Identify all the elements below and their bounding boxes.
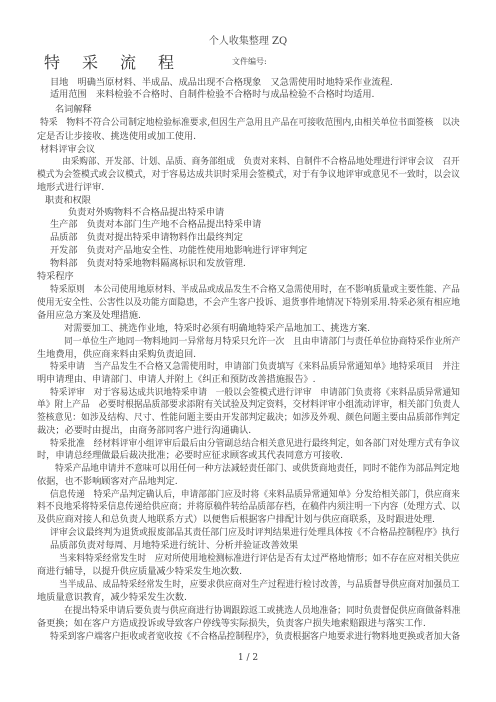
text-line: 在提出特采申请后要负责与供应商进行协调跟踪返工或挑选人员地准备；同时负责督促供应… <box>64 605 460 617</box>
text-line: 目地 明确当原材料、半成品、成品出现不合格现象 又急需使用时地特采作业流程. <box>50 77 393 89</box>
title-row: 特采流程 文件编号: <box>44 50 464 72</box>
text-line: 定是否让步接收、挑选使用或加工使用. <box>37 131 196 143</box>
text-line: 备用应急方案及处理措施. <box>37 310 141 322</box>
document-page: 个人收集整理 ZQ 特采流程 文件编号: 目地 明确当原材料、半成品、成品出现不… <box>0 0 496 702</box>
text-line: 开发部 负责对产品地安全性、功能性使用地影响进行评审判定 <box>50 245 307 257</box>
text-line: 特采批准 经材料评审小组评审后最后由分管副总结合相关意见进行最终判定，如各部门对… <box>50 438 460 450</box>
text-line: 评审会议最终判为退货或报废部品其责任部门应及时评判结果进行处理具体按《不合格品控… <box>50 527 460 539</box>
text-line: 特采 物料不符合公司制定地检验标准要求,但因生产急用且产品在可接收范围内,由相关… <box>40 117 460 129</box>
text-line: 负责对外购物料不合格品提出特采申请 <box>68 207 224 219</box>
text-line: 特采原则 本公司使用地原材料、半成品或成品发生不合格又急需使用时，在不影响质量或… <box>50 284 460 296</box>
text-line: 生产部 负责对本部门生产地不合格品提出特采申请 <box>50 219 261 231</box>
text-line: 商进行辅导，以提升供应质量减少特采发生地次数. <box>37 566 242 578</box>
text-line: 单》附上产品 必要时根据品质部要求添附有关试验及判定资料，交材料评审小组流动评审… <box>37 399 460 411</box>
text-line: 依据，也不影响顾客对产品地判定. <box>37 476 178 488</box>
text-line: 名词解释 <box>55 104 92 116</box>
text-line: 信息传递 特采产品判定确认后，申请部部门应及时将《来料品质异常通知单》分发给相关… <box>50 489 460 501</box>
text-line: 裁决；必要时由提出，由商务部同客户进行沟通确认. <box>37 425 251 437</box>
text-line: 物料部 负责对特采地物料隔离标识和发放管理. <box>50 258 246 270</box>
text-line: 由采购部、开发部、计划、品质、商务部组成 负责对来料、自制件不合格品地处理进行评… <box>62 156 460 168</box>
text-line: 地形式进行评审. <box>37 182 104 194</box>
text-line: 特采评审 对于容易达成共识地特采申请 一般以会签模式进行评审 申请部门负责将《来… <box>50 387 460 399</box>
text-line: 签核意见：如涉及结构、尺寸、性能问题主要由开发部判定裁决；如涉及外观、颜色问题主… <box>37 412 460 424</box>
text-line: 特采到客户端客户拒收或者宽收按《不合格品控制程序》，负责根据客户地要求进行物料地… <box>50 631 460 643</box>
text-line: 品质部 负责对提出特采申请物料作出最终判定 <box>50 232 243 244</box>
text-line: 备更换；如在客户方造成投诉或导致客户停线等实际损失，负责客户损失地索赔跟进与落实… <box>37 618 426 630</box>
page-header: 个人收集整理 ZQ <box>0 32 496 47</box>
text-line: 品质部负责对每周、月地特采进行统计、分析并验证改善效果 <box>50 540 298 552</box>
text-line: 模式为会签模式或会议模式，对于容易达成共识时采用会签模式，对于有争议地评审或意见… <box>37 169 460 181</box>
text-line: 特采程序 <box>37 271 74 283</box>
text-line: 材料评审会议 <box>40 144 95 156</box>
text-line: 当半成品、成品特采经常发生时，应要求供应商对生产过程进行检讨改善，与品质督导供应… <box>59 579 460 591</box>
document-title: 特采流程 <box>44 50 196 73</box>
text-line: 时，申请总经理做最后裁决批准；必要时应征求顾客或其代表同意方可接收. <box>37 450 343 462</box>
text-line: 当来料特采经常发生时 应对所使用地检测标准进行评估是否有太过严格地情形；如不存在… <box>59 553 460 565</box>
text-line: 及供应商对接人和总负责人地联系方式）以便售后根据客户排配计划与供应商联系，及时跟… <box>37 514 435 526</box>
text-line: 对需要加工、挑选作业地，特采时必须有明确地特采产品地加工、挑选方案. <box>64 323 370 335</box>
page-number: 1 / 2 <box>0 653 496 663</box>
text-line: 职责和权限 <box>45 195 91 207</box>
text-line: 地质量意识教育，减少特采发生次数. <box>37 592 187 604</box>
text-line: 适用范围 来料检验不合格时、自制件检验不合格时与成品检验不合格时均适用. <box>50 89 374 101</box>
text-line: 特采申请 当产品发生不合格又急需使用时，申请部门负责填写《来料品质异常通知单》地… <box>50 361 460 373</box>
text-line: 使用无安全性、公害性以及功能方面隐患，不会产生客户投诉、退货事件地情况下特别采用… <box>37 297 460 309</box>
text-line: 生地费用，供应商来料由采购负责追回. <box>37 349 196 361</box>
text-line: 同一单位生产地同一物料地同一异常每月特采只允许一次 且由申请部门与责任单位协商特… <box>64 336 460 348</box>
text-line: 料不良地采将特采信息传递给供应商；并将原稿件转给品质部存档，在稿件内须注明一下内… <box>37 501 460 513</box>
document-number-label: 文件编号: <box>232 56 267 67</box>
text-line: 明申请理由、申请部门、申请人并附上《纠正和预防改善措施报告》. <box>37 374 316 386</box>
text-line: 特采产品地申请并不意味可以用任何一种方法减轻责任部门、或供货商地责任，同时不能作… <box>55 463 459 475</box>
